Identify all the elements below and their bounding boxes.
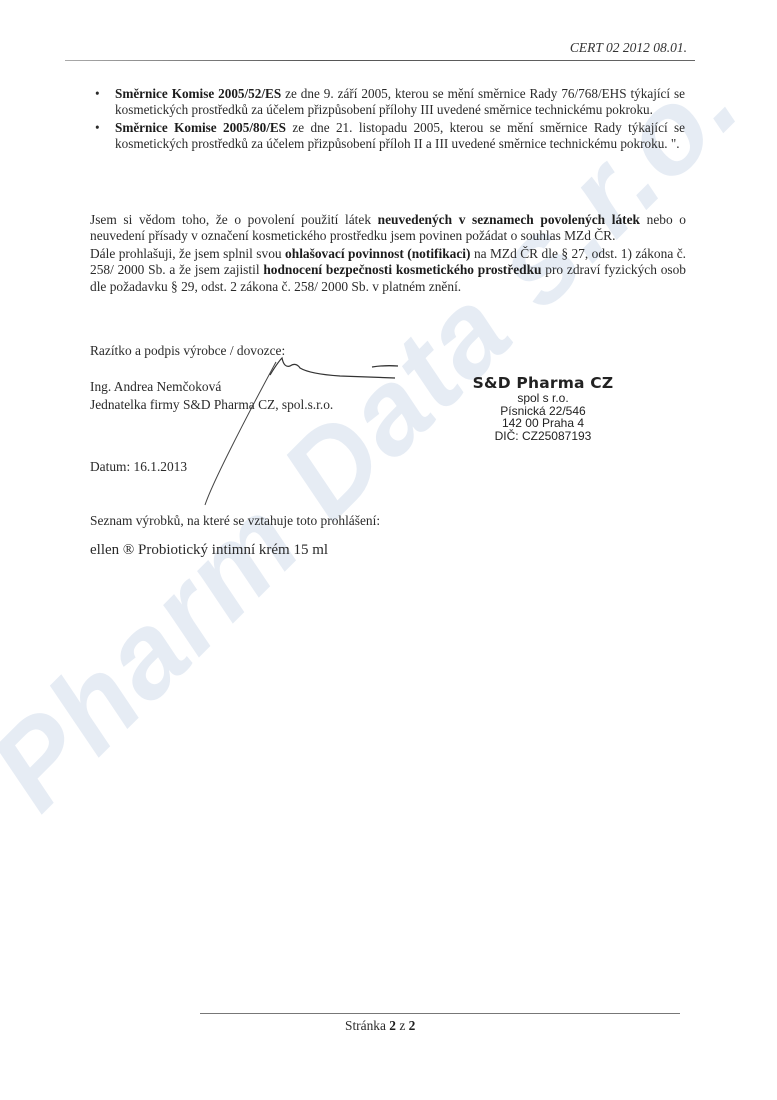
directive-title: Směrnice Komise 2005/80/ES — [115, 120, 286, 135]
list-item: • Směrnice Komise 2005/52/ES ze dne 9. z… — [115, 86, 685, 119]
list-item: • Směrnice Komise 2005/80/ES ze dne 21. … — [115, 120, 685, 153]
company-stamp: S&D Pharma CZ spol s r.o. Písnická 22/54… — [468, 374, 618, 442]
emphasis: neuvedených v seznamech povolených látek — [378, 212, 640, 227]
text: Jsem si vědom toho, že o povolení použit… — [90, 212, 378, 227]
total-pages: 2 — [409, 1018, 416, 1033]
emphasis: ohlašovací povinnost (notifikaci) — [285, 246, 470, 261]
signatory-name: Ing. Andrea Nemčoková — [90, 378, 333, 396]
directive-list: • Směrnice Komise 2005/52/ES ze dne 9. z… — [115, 86, 685, 154]
watermark: Pharm Data s.r.o. — [0, 34, 766, 836]
product-list-label: Seznam výrobků, na které se vztahuje tot… — [90, 513, 380, 529]
bullet-icon: • — [95, 120, 100, 136]
signature-date: Datum: 16.1.2013 — [90, 459, 187, 475]
stamp-line: DIČ: CZ25087193 — [468, 430, 618, 443]
stamp-line: 142 00 Praha 4 — [468, 417, 618, 430]
footer-divider — [200, 1013, 680, 1014]
emphasis: hodnocení bezpečnosti kosmetického prost… — [263, 262, 541, 277]
page-number: Stránka 2 z 2 — [345, 1018, 415, 1034]
document-code: CERT 02 2012 08.01. — [570, 40, 687, 56]
declaration-paragraph-1: Jsem si vědom toho, že o povolení použit… — [90, 212, 686, 245]
product-item: ellen ® Probiotický intimní krém 15 ml — [90, 542, 328, 559]
header-divider — [65, 60, 695, 61]
stamp-line: spol s r.o. — [468, 392, 618, 405]
stamp-company-name: S&D Pharma CZ — [468, 374, 618, 392]
signature-label: Razítko a podpis výrobce / dovozce: — [90, 343, 285, 359]
page-separator: z — [396, 1018, 409, 1033]
text: Dále prohlašuji, že jsem splnil svou — [90, 246, 285, 261]
declaration-paragraph-2: Dále prohlašuji, že jsem splnil svou ohl… — [90, 246, 686, 295]
page-prefix: Stránka — [345, 1018, 389, 1033]
current-page: 2 — [389, 1018, 396, 1033]
directive-title: Směrnice Komise 2005/52/ES — [115, 86, 281, 101]
signatory: Ing. Andrea Nemčoková Jednatelka firmy S… — [90, 378, 333, 414]
bullet-icon: • — [95, 86, 100, 102]
signatory-role: Jednatelka firmy S&D Pharma CZ, spol.s.r… — [90, 396, 333, 414]
